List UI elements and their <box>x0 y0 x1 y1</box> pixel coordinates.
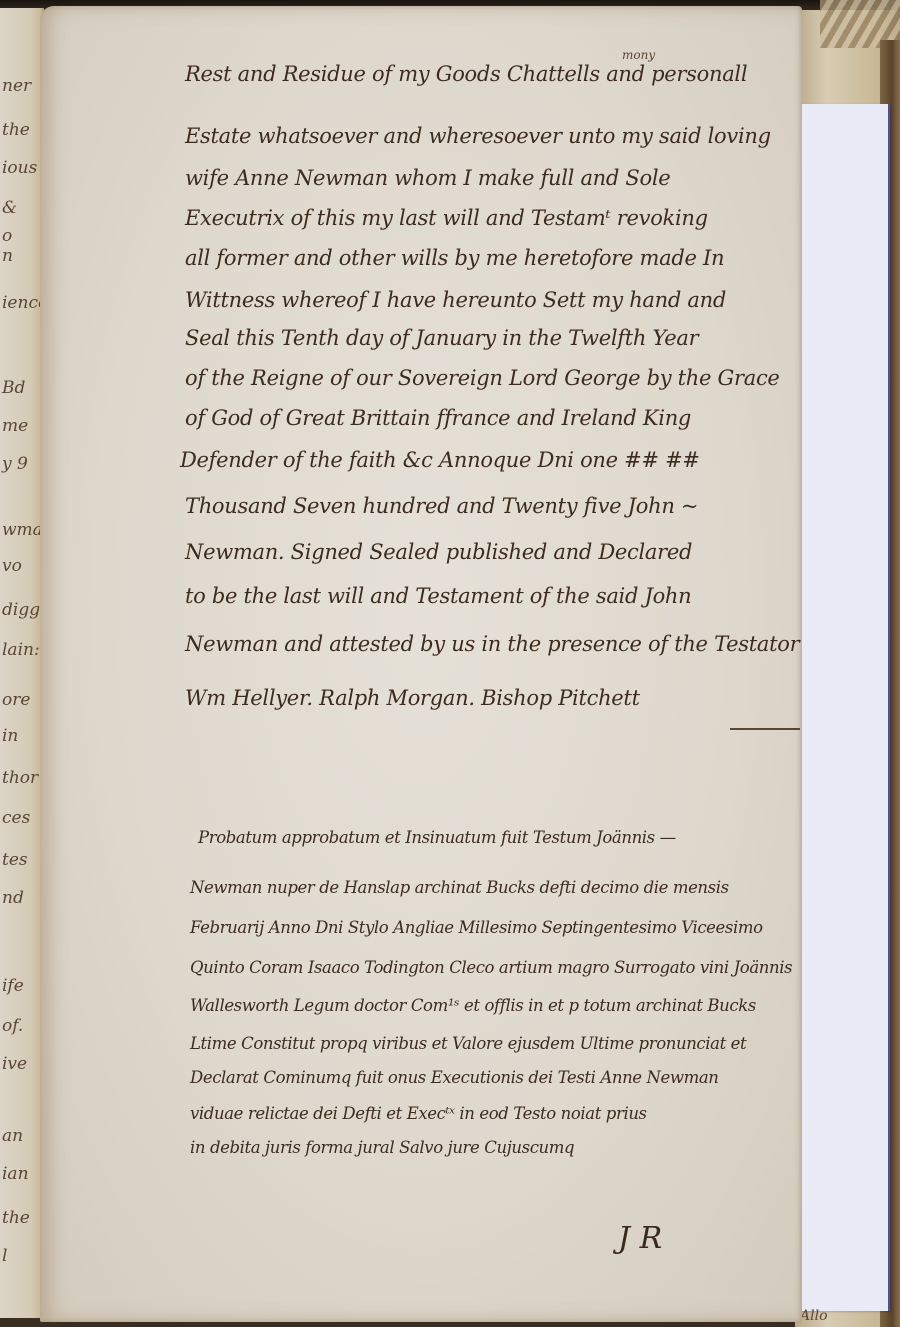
will-line: of God of Great Brittain ffrance and Ire… <box>185 406 691 430</box>
probate-line: Wallesworth Legum doctor Com¹ˢ et offlis… <box>190 996 756 1015</box>
will-line: Estate whatsoever and wheresoever unto m… <box>185 124 771 148</box>
left-fragment: me <box>2 416 28 436</box>
probate-line: Quinto Coram Isaaco Todington Cleco arti… <box>190 958 792 977</box>
left-fragment: l <box>2 1246 7 1266</box>
probate-line: Ltime Constitut propq viribus et Valore … <box>190 1034 746 1053</box>
left-fragment: wman <box>2 520 44 540</box>
left-fragment: ces <box>2 808 30 828</box>
left-fragment: ore <box>2 690 30 710</box>
left-fragment: ian <box>2 1164 29 1184</box>
left-fragment: o <box>2 226 12 246</box>
interlineation: mony <box>622 48 655 62</box>
will-line: all former and other wills by me heretof… <box>185 246 724 270</box>
probate-line: Newman nuper de Hanslap archinat Bucks d… <box>190 878 729 897</box>
paper-slip-insert <box>793 104 890 1311</box>
will-line: Executrix of this my last will and Testa… <box>185 206 708 230</box>
will-line: Wittness whereof I have hereunto Sett my… <box>185 288 726 312</box>
left-fragment: thor <box>2 768 38 788</box>
bottom-page-fragment: Allo <box>800 1308 828 1324</box>
will-line: Newman. Signed Sealed published and Decl… <box>185 540 692 564</box>
left-fragment: ive <box>2 1054 27 1074</box>
left-facing-page: ner the ious & o n ience Bd me y 9 wman … <box>0 8 44 1318</box>
left-fragment: n <box>2 246 13 266</box>
probate-line: Probatum approbatum et Insinuatum fuit T… <box>198 828 676 847</box>
will-line: Newman and attested by us in the presenc… <box>185 632 799 656</box>
left-fragment: & <box>2 198 17 218</box>
left-fragment: vo <box>2 556 22 576</box>
left-fragment: of. <box>2 1016 23 1036</box>
will-line: Defender of the faith &c Annoque Dni one… <box>180 448 700 472</box>
probate-line: Declarat Cominumq fuit onus Executionis … <box>190 1068 719 1087</box>
left-fragment: ious <box>2 158 37 178</box>
will-line: to be the last will and Testament of the… <box>185 584 691 608</box>
left-fragment: the <box>2 120 30 140</box>
probate-line: viduae relictae dei Defti et Execᵗˣ in e… <box>190 1104 647 1123</box>
left-fragment: the <box>2 1208 30 1228</box>
probate-line: Februarij Anno Dni Stylo Angliae Millesi… <box>190 918 763 937</box>
will-line: Seal this Tenth day of January in the Tw… <box>185 326 698 350</box>
left-fragment: an <box>2 1126 23 1146</box>
probate-line: in debita juris forma jural Salvo jure C… <box>190 1138 574 1157</box>
left-fragment: y 9 <box>2 454 28 474</box>
will-line: Rest and Residue of my Goods Chattells a… <box>185 62 747 86</box>
left-fragment: tes <box>2 850 28 870</box>
left-fragment: Bd <box>2 378 25 398</box>
will-line: wife Anne Newman whom I make full and So… <box>185 166 670 190</box>
left-fragment: lain: <box>2 640 40 660</box>
will-line: of the Reigne of our Sovereign Lord Geor… <box>185 366 780 390</box>
left-fragment: ner <box>2 76 31 96</box>
left-fragment: digg- <box>2 600 44 620</box>
left-fragment: in <box>2 726 18 746</box>
left-fragment: nd <box>2 888 24 908</box>
left-fragment: ife <box>2 976 24 996</box>
will-line: Thousand Seven hundred and Twenty five J… <box>185 494 698 518</box>
clerk-initials: J R <box>618 1221 662 1256</box>
left-fragment: ience <box>2 293 44 313</box>
signature-underline <box>730 728 800 730</box>
manuscript-text: mony Rest and Residue of my Goods Chatte… <box>40 6 802 1322</box>
witness-signatures: Wm Hellyer. Ralph Morgan. Bishop Pitchet… <box>185 686 640 710</box>
